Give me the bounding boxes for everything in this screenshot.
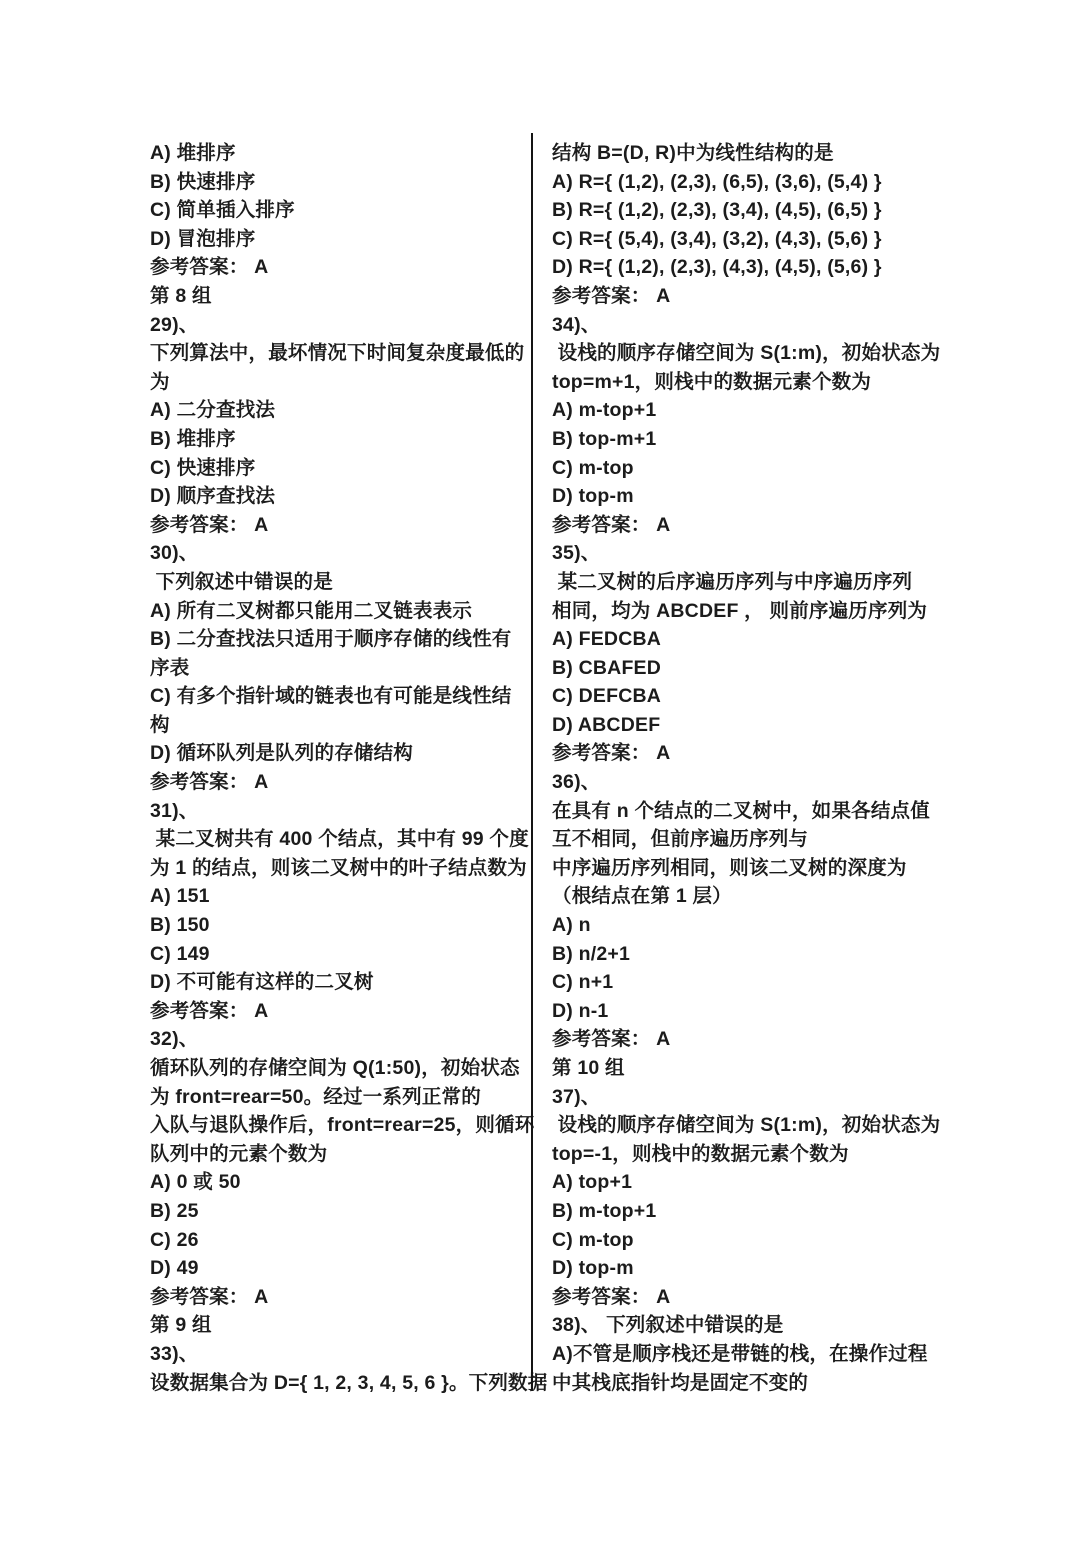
text-line: D) 循环队列是队列的存储结构 xyxy=(150,739,528,768)
text-line: B) R={ (1,2), (2,3), (3,4), (4,5), (6,5)… xyxy=(552,196,948,225)
text-line: D) R={ (1,2), (2,3), (4,3), (4,5), (5,6)… xyxy=(552,253,948,282)
text-line: （根结点在第 1 层） xyxy=(552,882,948,911)
text-line: top=m+1，则栈中的数据元素个数为 xyxy=(552,368,948,397)
text-line: A) 151 xyxy=(150,882,528,911)
text-line: 第 8 组 xyxy=(150,282,528,311)
text-line: C) m-top xyxy=(552,1226,948,1255)
text-line: B) CBAFED xyxy=(552,654,948,683)
text-line: 参考答案： A xyxy=(150,511,528,540)
text-line: D) top-m xyxy=(552,1254,948,1283)
text-line: B) 堆排序 xyxy=(150,425,528,454)
text-line: 为 front=rear=50。经过一系列正常的 xyxy=(150,1083,528,1112)
text-line: C) 26 xyxy=(150,1226,528,1255)
text-line: 参考答案： A xyxy=(552,739,948,768)
text-line: 设数据集合为 D={ 1, 2, 3, 4, 5, 6 }。下列数据 xyxy=(150,1369,528,1398)
text-line: C) 快速排序 xyxy=(150,454,528,483)
text-line: D) 冒泡排序 xyxy=(150,225,528,254)
text-line: 循环队列的存储空间为 Q(1:50)，初始状态 xyxy=(150,1054,528,1083)
text-line: B) 快速排序 xyxy=(150,168,528,197)
text-line: 中其栈底指针均是固定不变的 xyxy=(552,1369,948,1398)
text-line: 入队与退队操作后，front=rear=25，则循环 xyxy=(150,1111,528,1140)
text-line: 参考答案： A xyxy=(150,997,528,1026)
column-divider-rule xyxy=(531,133,533,1391)
text-line: 31)、 xyxy=(150,797,528,826)
text-line: C) n+1 xyxy=(552,968,948,997)
text-line: 为 1 的结点，则该二叉树中的叶子结点数为 xyxy=(150,854,528,883)
text-line: D) top-m xyxy=(552,482,948,511)
text-line: C) 149 xyxy=(150,940,528,969)
text-line: B) 二分查找法只适用于顺序存储的线性有 xyxy=(150,625,528,654)
text-line: A) FEDCBA xyxy=(552,625,948,654)
text-line: B) 25 xyxy=(150,1197,528,1226)
text-line: D) n-1 xyxy=(552,997,948,1026)
text-line: 中序遍历序列相同，则该二叉树的深度为 xyxy=(552,854,948,883)
text-line: D) 顺序查找法 xyxy=(150,482,528,511)
text-line: 第 9 组 xyxy=(150,1311,528,1340)
text-line: 设栈的顺序存储空间为 S(1:m)，初始状态为 xyxy=(552,339,948,368)
text-line: 33)、 xyxy=(150,1340,528,1369)
text-line: A) m-top+1 xyxy=(552,396,948,425)
text-line: 参考答案： A xyxy=(552,511,948,540)
text-line: 下列算法中，最坏情况下时间复杂度最低的 xyxy=(150,339,528,368)
text-line: 参考答案： A xyxy=(552,1283,948,1312)
text-line: 37)、 xyxy=(552,1083,948,1112)
text-line: A) 堆排序 xyxy=(150,139,528,168)
text-line: 某二叉树的后序遍历序列与中序遍历序列 xyxy=(552,568,948,597)
text-line: C) m-top xyxy=(552,454,948,483)
text-line: B) m-top+1 xyxy=(552,1197,948,1226)
text-line: 29)、 xyxy=(150,311,528,340)
text-line: 38)、 下列叙述中错误的是 xyxy=(552,1311,948,1340)
text-line: 在具有 n 个结点的二叉树中，如果各结点值 xyxy=(552,797,948,826)
text-line: 结构 B=(D, R)中为线性结构的是 xyxy=(552,139,948,168)
text-line: 为 xyxy=(150,368,528,397)
text-line: D) 不可能有这样的二叉树 xyxy=(150,968,528,997)
text-line: 参考答案： A xyxy=(552,282,948,311)
text-line: C) R={ (5,4), (3,4), (3,2), (4,3), (5,6)… xyxy=(552,225,948,254)
text-line: 队列中的元素个数为 xyxy=(150,1140,528,1169)
text-line: 参考答案： A xyxy=(150,768,528,797)
document-page: A) 堆排序B) 快速排序C) 简单插入排序D) 冒泡排序参考答案： A第 8 … xyxy=(0,0,1080,1545)
text-line: B) 150 xyxy=(150,911,528,940)
text-line: 第 10 组 xyxy=(552,1054,948,1083)
text-line: 34)、 xyxy=(552,311,948,340)
text-line: 互不相同，但前序遍历序列与 xyxy=(552,825,948,854)
text-line: 下列叙述中错误的是 xyxy=(150,568,528,597)
text-line: 设栈的顺序存储空间为 S(1:m)，初始状态为 xyxy=(552,1111,948,1140)
text-line: D) 49 xyxy=(150,1254,528,1283)
text-line: C) 有多个指针域的链表也有可能是线性结 xyxy=(150,682,528,711)
text-line: 36)、 xyxy=(552,768,948,797)
text-line: C) DEFCBA xyxy=(552,682,948,711)
text-line: 参考答案： A xyxy=(552,1025,948,1054)
text-line: A) n xyxy=(552,911,948,940)
text-line: B) n/2+1 xyxy=(552,940,948,969)
text-line: A) top+1 xyxy=(552,1168,948,1197)
text-line: 35)、 xyxy=(552,539,948,568)
text-line: C) 简单插入排序 xyxy=(150,196,528,225)
right-text-column: 结构 B=(D, R)中为线性结构的是A) R={ (1,2), (2,3), … xyxy=(552,139,948,1397)
text-line: 30)、 xyxy=(150,539,528,568)
text-line: A) 二分查找法 xyxy=(150,396,528,425)
text-line: 构 xyxy=(150,711,528,740)
text-line: 相同，均为 ABCDEF ， 则前序遍历序列为 xyxy=(552,597,948,626)
left-text-column: A) 堆排序B) 快速排序C) 简单插入排序D) 冒泡排序参考答案： A第 8 … xyxy=(150,139,528,1397)
text-line: B) top-m+1 xyxy=(552,425,948,454)
text-line: D) ABCDEF xyxy=(552,711,948,740)
text-line: A) 所有二叉树都只能用二叉链表表示 xyxy=(150,597,528,626)
text-line: A)不管是顺序栈还是带链的栈，在操作过程 xyxy=(552,1340,948,1369)
text-line: 参考答案： A xyxy=(150,253,528,282)
text-line: 参考答案： A xyxy=(150,1283,528,1312)
text-line: top=-1，则栈中的数据元素个数为 xyxy=(552,1140,948,1169)
text-line: A) 0 或 50 xyxy=(150,1168,528,1197)
text-line: 序表 xyxy=(150,654,528,683)
text-line: A) R={ (1,2), (2,3), (6,5), (3,6), (5,4)… xyxy=(552,168,948,197)
text-line: 32)、 xyxy=(150,1025,528,1054)
text-line: 某二叉树共有 400 个结点，其中有 99 个度 xyxy=(150,825,528,854)
